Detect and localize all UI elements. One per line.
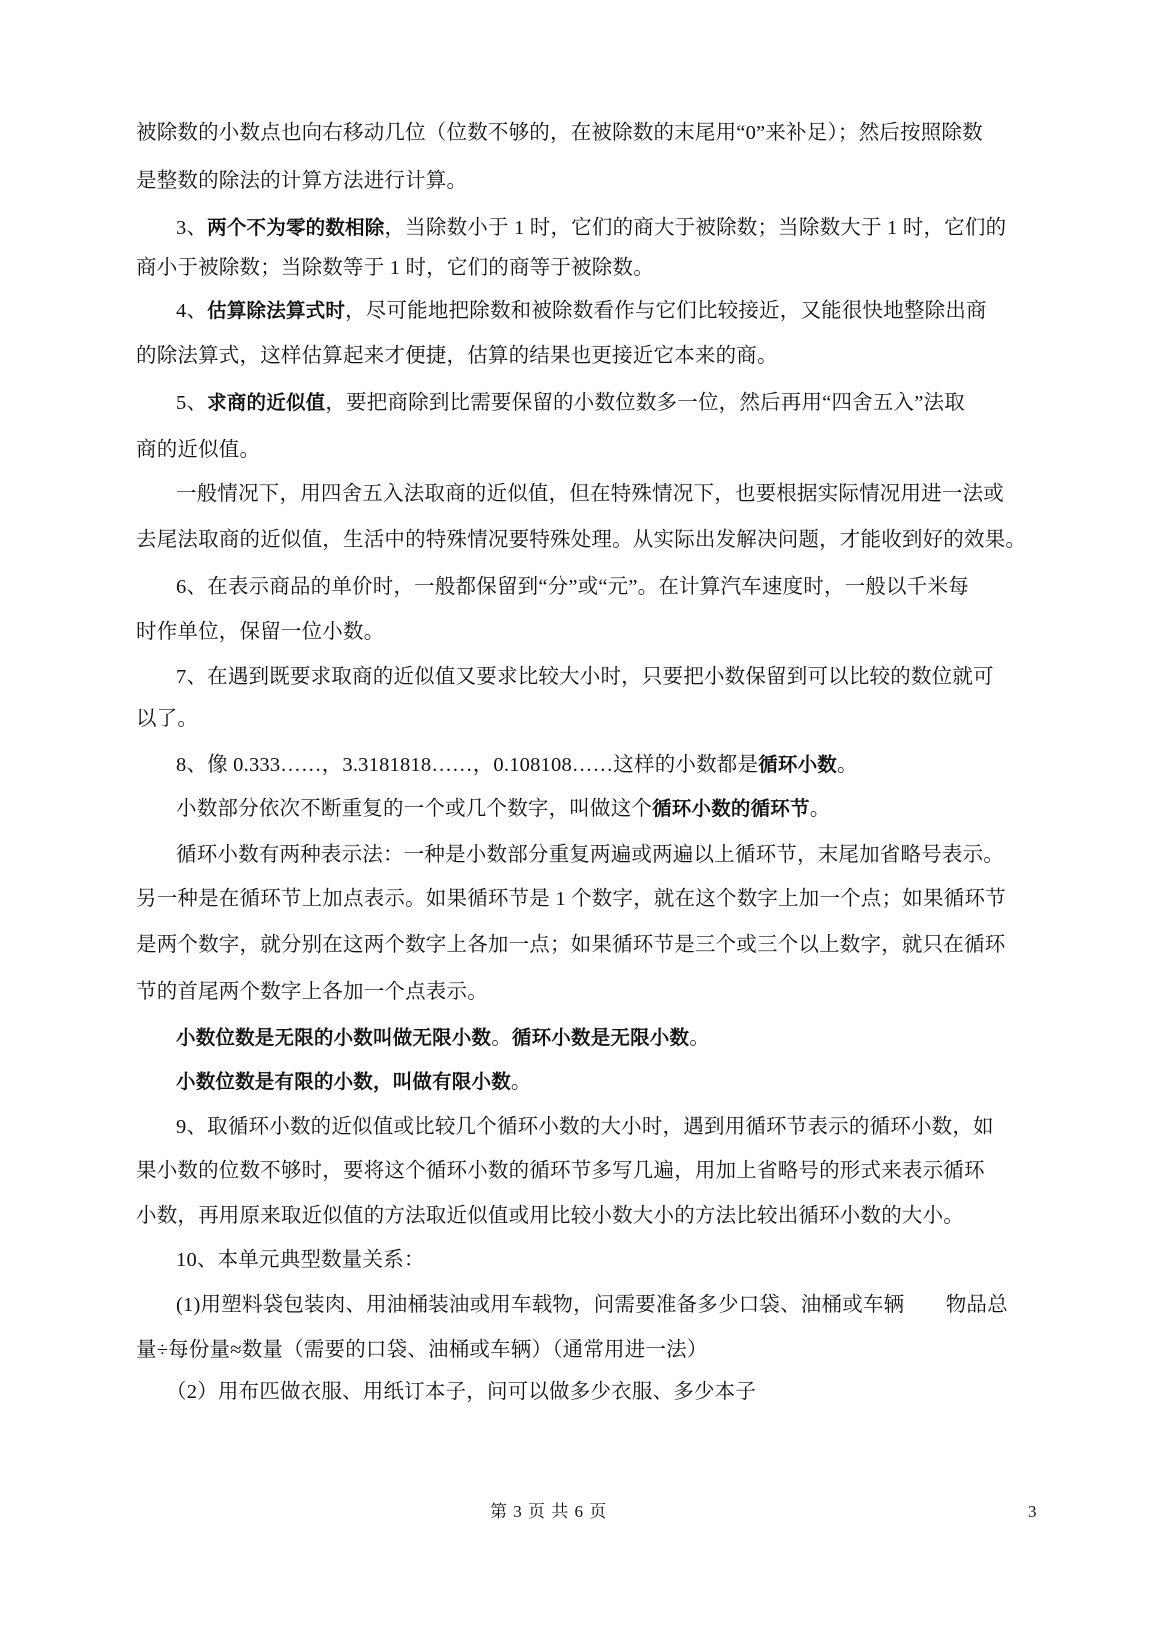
text-run: 另一种是在循环节上加点表示。如果循环节是 1 个数字，就在这个数字上加一个点；如… [136, 888, 1006, 910]
text-run: 7、在遇到既要求取商的近似值又要求比较大小时，只要把小数保留到可以比较的数位就可 [176, 666, 994, 688]
text-run: 4、 [176, 300, 207, 322]
paragraph-line: 10、本单元典型数量关系： [176, 1246, 1042, 1274]
text-run: 。 [837, 754, 858, 776]
paragraph-line: 8、像 0.333……，3.3181818……，0.108108……这样的小数都… [176, 751, 1042, 779]
bold-term: 循环小数 [758, 753, 837, 776]
text-run: 循环小数有两种表示法：一种是小数部分重复两遍或两遍以上循环节，末尾加省略号表示。 [176, 844, 1004, 866]
paragraph-line: 4、估算除法算式时，尽可能地把除数和被除数看作与它们比较接近，又能很快地整除出商 [176, 297, 1042, 325]
paragraph-line: 果小数的位数不够时，要将这个循环小数的循环节多写几遍，用加上省略号的形式来表示循… [136, 1157, 1042, 1185]
paragraph-line: 是整数的除法的计算方法进行计算。 [136, 167, 1042, 195]
paragraph-line: 商的近似值。 [136, 436, 1042, 464]
text-run: 量÷每份量≈数量（需要的口袋、油桶或车辆）（通常用进一法） [136, 1339, 708, 1361]
bold-term: 估算除法算式时 [207, 299, 345, 322]
text-run: 节的首尾两个数字上各加一个点表示。 [136, 981, 488, 1003]
paragraph-line: 循环小数有两种表示法：一种是小数部分重复两遍或两遍以上循环节，末尾加省略号表示。 [176, 841, 1042, 869]
paragraph-line: (1)用塑料袋包装肉、用油桶装油或用车载物，问需要准备多少口袋、油桶或车辆 物品… [176, 1291, 1042, 1319]
paragraph-line: 小数部分依次不断重复的一个或几个数字，叫做这个循环小数的循环节。 [176, 795, 1042, 823]
text-run: 小数，再用原来取近似值的方法取近似值或用比较小数大小的方法比较出循环小数的大小。 [136, 1205, 964, 1227]
paragraph-line: 节的首尾两个数字上各加一个点表示。 [136, 978, 1042, 1006]
page-number: 3 [1028, 1500, 1037, 1524]
text-run: 。 [511, 1071, 532, 1093]
bold-term: 小数位数是有限的小数，叫做有限小数 [176, 1070, 511, 1093]
text-run: （2）用布匹做衣服、用纸订本子，问可以做多少衣服、多少本子 [166, 1381, 756, 1403]
text-run: 去尾法取商的近似值，生活中的特殊情况要特殊处理。从实际出发解决问题，才能收到好的… [136, 529, 1026, 551]
paragraph-line: 5、求商的近似值，要把商除到比需要保留的小数位数多一位，然后再用“四舍五入”法取 [176, 389, 1042, 417]
text-run: ，要把商除到比需要保留的小数位数多一位，然后再用“四舍五入”法取 [325, 392, 965, 414]
paragraph-line: 量÷每份量≈数量（需要的口袋、油桶或车辆）（通常用进一法） [136, 1336, 1042, 1364]
document-page: 被除数的小数点也向右移动几位（位数不够的，在被除数的末尾用“0”来补足）；然后按… [0, 0, 1152, 1626]
paragraph-line: 7、在遇到既要求取商的近似值又要求比较大小时，只要把小数保留到可以比较的数位就可 [176, 663, 1042, 691]
text-run: ，尽可能地把除数和被除数看作与它们比较接近，又能很快地整除出商 [345, 300, 987, 322]
paragraph-line: 以了。 [136, 705, 1042, 733]
text-run: (1)用塑料袋包装肉、用油桶装油或用车载物，问需要准备多少口袋、油桶或车辆 物品… [176, 1294, 1008, 1316]
text-run: 3、 [176, 217, 207, 239]
text-run: 是整数的除法的计算方法进行计算。 [136, 170, 467, 192]
text-run: 商的近似值。 [136, 439, 260, 461]
text-run: 10、本单元典型数量关系： [176, 1249, 425, 1271]
paragraph-line: 是两个数字，就分别在这两个数字上各加一点；如果循环节是三个或三个以上数字，就只在… [136, 931, 1042, 959]
text-run: 小数部分依次不断重复的一个或几个数字，叫做这个 [176, 798, 652, 820]
paragraph-line: 商小于被除数；当除数等于 1 时，它们的商等于被除数。 [136, 254, 1042, 282]
bold-term: 循环小数的循环节 [652, 797, 810, 820]
text-run: 9、取循环小数的近似值或比较几个循环小数的大小时，遇到用循环节表示的循环小数，如 [176, 1116, 994, 1138]
paragraph-line: 另一种是在循环节上加点表示。如果循环节是 1 个数字，就在这个数字上加一个点；如… [136, 885, 1042, 913]
paragraph-line: 6、在表示商品的单价时，一般都保留到“分”或“元”。在计算汽车速度时，一般以千米… [176, 573, 1042, 601]
paragraph-line: 被除数的小数点也向右移动几位（位数不够的，在被除数的末尾用“0”来补足）；然后按… [136, 119, 1042, 147]
paragraph-line: 的除法算式，这样估算起来才便捷，估算的结果也更接近它本来的商。 [136, 342, 1042, 370]
paragraph-line: 去尾法取商的近似值，生活中的特殊情况要特殊处理。从实际出发解决问题，才能收到好的… [136, 526, 1042, 554]
bold-term: 循环小数是无限小数 [512, 1026, 689, 1049]
text-run: 是两个数字，就分别在这两个数字上各加一点；如果循环节是三个或三个以上数字，就只在… [136, 934, 1005, 956]
paragraph-line: 小数位数是无限的小数叫做无限小数。循环小数是无限小数。 [176, 1024, 1042, 1052]
paragraph-line: 时作单位，保留一位小数。 [136, 618, 1042, 646]
text-run: ，当除数小于 1 时，它们的商大于被除数；当除数大于 1 时，它们的 [384, 217, 1006, 239]
text-run: 的除法算式，这样估算起来才便捷，估算的结果也更接近它本来的商。 [136, 345, 778, 367]
text-run: 6、在表示商品的单价时，一般都保留到“分”或“元”。在计算汽车速度时，一般以千米… [176, 576, 969, 598]
text-run: 一般情况下，用四舍五入法取商的近似值，但在特殊情况下，也要根据实际情况用进一法或 [176, 483, 1004, 505]
bold-term: 求商的近似值 [207, 391, 325, 414]
bold-term: 小数位数是无限的小数叫做无限小数 [176, 1026, 491, 1049]
text-run: 。 [491, 1027, 512, 1049]
paragraph-line: 一般情况下，用四舍五入法取商的近似值，但在特殊情况下，也要根据实际情况用进一法或 [176, 480, 1042, 508]
paragraph-line: 3、两个不为零的数相除，当除数小于 1 时，它们的商大于被除数；当除数大于 1 … [176, 214, 1042, 242]
text-run: 。 [810, 798, 831, 820]
paragraph-line: 9、取循环小数的近似值或比较几个循环小数的大小时，遇到用循环节表示的循环小数，如 [176, 1113, 1042, 1141]
text-run: 5、 [176, 392, 207, 414]
paragraph-line: （2）用布匹做衣服、用纸订本子，问可以做多少衣服、多少本子 [166, 1378, 1042, 1406]
bold-term: 两个不为零的数相除 [207, 216, 384, 239]
paragraph-line: 小数位数是有限的小数，叫做有限小数。 [176, 1068, 1042, 1096]
text-run: 果小数的位数不够时，要将这个循环小数的循环节多写几遍，用加上省略号的形式来表示循… [136, 1160, 985, 1182]
text-run: 商小于被除数；当除数等于 1 时，它们的商等于被除数。 [136, 257, 654, 279]
paragraph-line: 小数，再用原来取近似值的方法取近似值或用比较小数大小的方法比较出循环小数的大小。 [136, 1202, 1042, 1230]
text-run: 8、像 0.333……，3.3181818……，0.108108……这样的小数都… [176, 754, 758, 776]
text-run: 以了。 [136, 708, 198, 730]
text-run: 被除数的小数点也向右移动几位（位数不够的，在被除数的末尾用“0”来补足）；然后按… [136, 122, 983, 144]
text-run: 时作单位，保留一位小数。 [136, 621, 384, 643]
page-info-footer: 第 3 页 共 6 页 [490, 1500, 607, 1524]
text-run: 。 [689, 1027, 710, 1049]
